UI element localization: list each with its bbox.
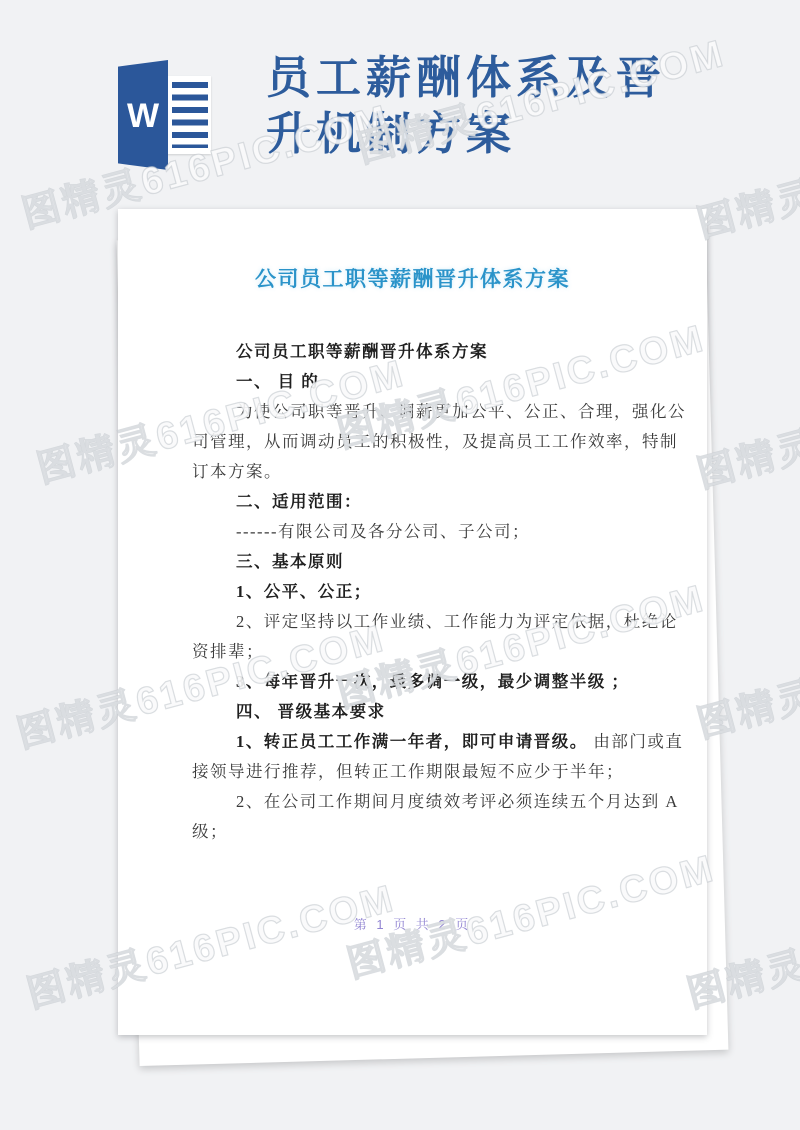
- doc-line: 1、公平、公正；: [192, 577, 647, 607]
- doc-line: ------有限公司及各分公司、子公司；: [192, 517, 647, 547]
- doc-line: 三、基本原则: [192, 547, 647, 577]
- doc-line: 级；: [192, 817, 647, 847]
- page-title-line2: 升机制方案: [266, 106, 666, 162]
- word-icon-sheet: [164, 76, 211, 154]
- doc-line: 1、转正员工工作满一年者，即可申请晋级。 由部门或直: [192, 727, 647, 757]
- doc-line-regular-part: 由部门或直: [588, 732, 684, 751]
- word-icon-panel: W: [118, 60, 168, 170]
- doc-line: 订本方案。: [192, 457, 647, 487]
- page-number: 第 1 页 共 2 页: [118, 914, 707, 933]
- doc-line: 二、适用范围：: [192, 487, 647, 517]
- doc-line: 公司员工职等薪酬晋升体系方案: [192, 337, 647, 367]
- doc-line: 接领导进行推荐，但转正工作期限最短不应少于半年；: [192, 757, 647, 787]
- word-icon-text-lines: [172, 82, 208, 148]
- word-icon-letter: W: [127, 99, 159, 133]
- page-title-line1: 员工薪酬体系及晋: [266, 50, 666, 106]
- doc-line: 司管理，从而调动员工的积极性，及提高员工工作效率，特制: [192, 427, 647, 457]
- page-title: 员工薪酬体系及晋 升机制方案: [266, 50, 666, 162]
- doc-line: 3、每年晋升一次，最多调一级，最少调整半级 ；: [192, 667, 647, 697]
- doc-line: 四、 晋级基本要求: [192, 697, 647, 727]
- document-heading: 公司员工职等薪酬晋升体系方案: [118, 263, 707, 293]
- doc-line: 一、 目 的: [192, 367, 647, 397]
- doc-line-bold-part: 1、转正员工工作满一年者，即可申请晋级。: [236, 732, 588, 751]
- doc-line: 资排辈；: [192, 637, 647, 667]
- document-page: 公司员工职等薪酬晋升体系方案 公司员工职等薪酬晋升体系方案 一、 目 的 为使公…: [118, 209, 707, 1035]
- doc-line: 为使公司职等晋升、调薪更加公平、公正、合理，强化公: [192, 397, 647, 427]
- word-icon: W: [118, 60, 224, 172]
- doc-line: 2、评定坚持以工作业绩、工作能力为评定依据，杜绝论: [192, 607, 647, 637]
- document-body: 公司员工职等薪酬晋升体系方案 一、 目 的 为使公司职等晋升、调薪更加公平、公正…: [192, 337, 647, 847]
- doc-line: 2、在公司工作期间月度绩效考评必须连续五个月达到 A: [192, 787, 647, 817]
